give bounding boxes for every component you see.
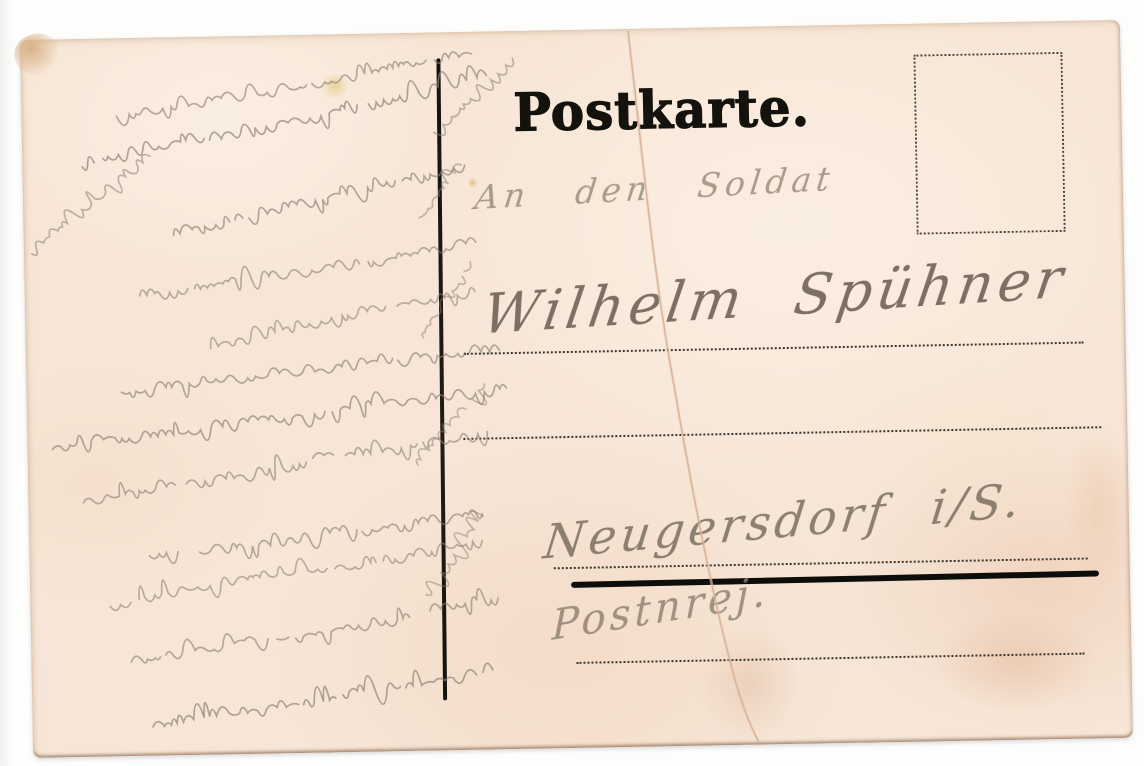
- corner-chip-stain: [14, 33, 63, 76]
- stamp-box: [913, 52, 1065, 235]
- yellow-stain: [319, 74, 351, 99]
- handwritten-place: Neugersdorf i/S.: [540, 473, 1026, 571]
- handwritten-salutation: An den Soldat: [473, 159, 837, 217]
- address-rule-3: [554, 558, 1088, 570]
- address-rule-2: [463, 426, 1101, 440]
- address-rule-4: [576, 653, 1084, 664]
- address-rule-1: [464, 342, 1084, 355]
- postcard-title: Postkarte.: [513, 78, 811, 141]
- postcard-scan: Postkarte. An den Soldat Wilhelm Spühner…: [0, 0, 1144, 766]
- place-underline: [571, 570, 1099, 587]
- postcard: Postkarte. An den Soldat Wilhelm Spühner…: [20, 20, 1133, 758]
- small-stain: [467, 178, 479, 188]
- handwritten-recipient-name: Wilhelm Spühner: [479, 246, 1072, 347]
- divider-line: [436, 58, 446, 700]
- right-edge-stain: [1062, 420, 1135, 591]
- bottom-right-stain: [936, 610, 1098, 713]
- crease-shadow: [699, 626, 801, 743]
